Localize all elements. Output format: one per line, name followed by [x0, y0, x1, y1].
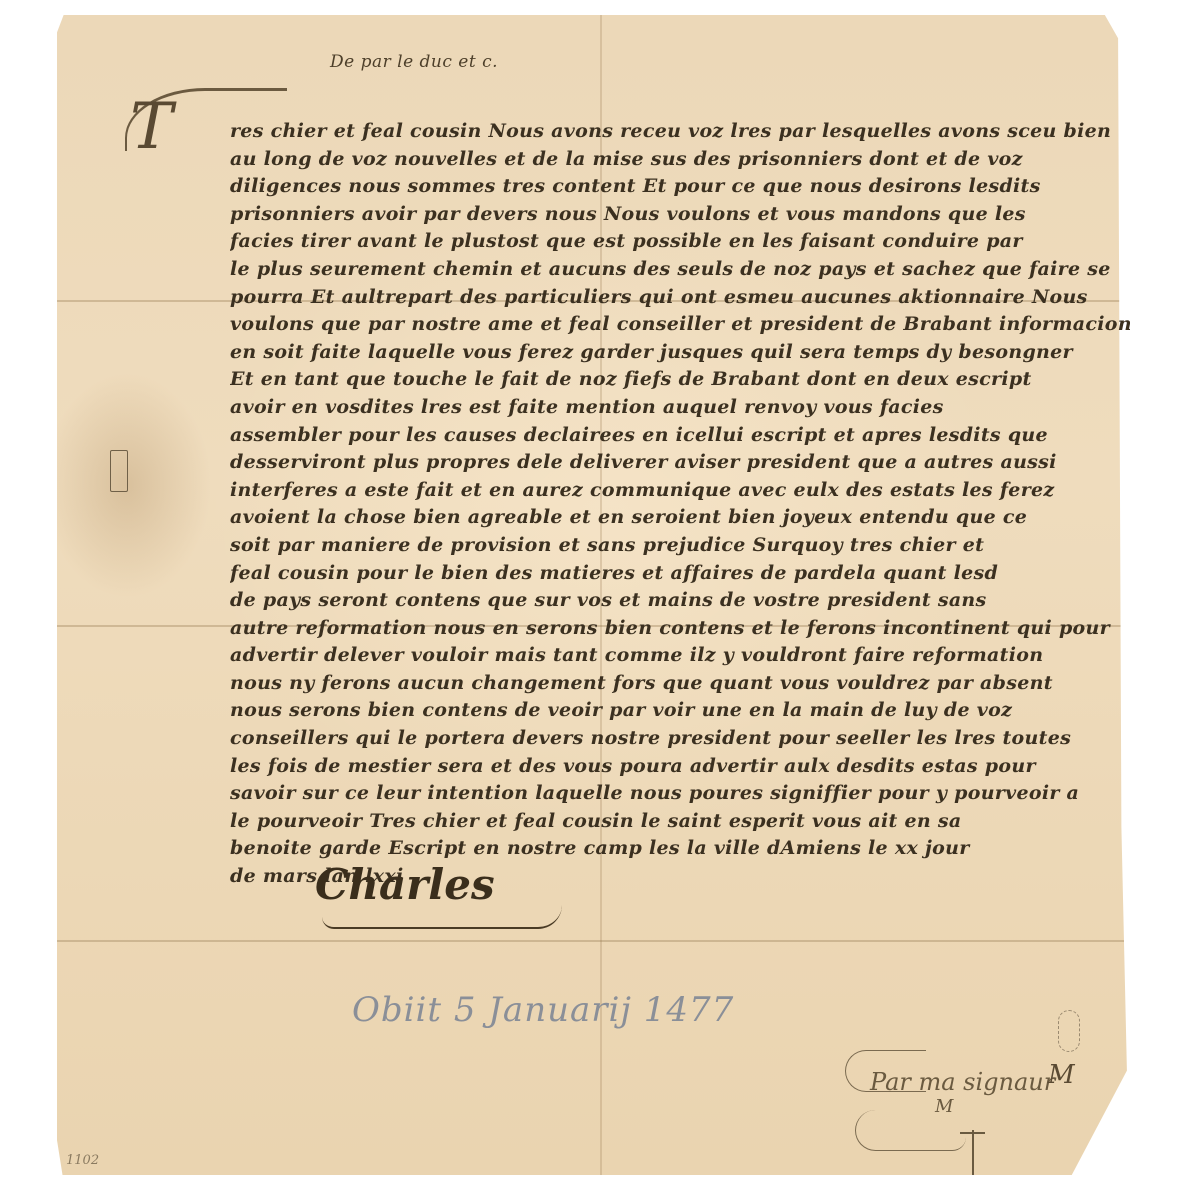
body-line: pourra Et aultrepart des particuliers qu… [230, 284, 1130, 312]
body-line: autre reformation nous en serons bien co… [230, 615, 1130, 643]
cross-mark [960, 1132, 985, 1134]
secretary-initials: M [935, 1096, 953, 1117]
body-line: benoite garde Escript en nostre camp les… [230, 835, 1130, 863]
body-line: diligences nous sommes tres content Et p… [230, 173, 1130, 201]
body-line: savoir sur ce leur intention laquelle no… [230, 780, 1130, 808]
body-line: nous ny ferons aucun changement fors que… [230, 670, 1130, 698]
body-line: assembler pour les causes declairees en … [230, 422, 1130, 450]
cross-mark [972, 1130, 974, 1175]
body-line: Et en tant que touche le fait de noz fie… [230, 366, 1130, 394]
body-line: soit par maniere de provision et sans pr… [230, 532, 1130, 560]
archive-number: 1102 [66, 1153, 99, 1168]
pencil-annotation: Obiit 5 Januarij 1477 [352, 990, 734, 1030]
secretary-subscription: Par ma signaur [870, 1068, 1055, 1096]
body-line: le pourveoir Tres chier et feal cousin l… [230, 808, 1130, 836]
body-line: desserviront plus propres dele deliverer… [230, 449, 1130, 477]
body-line: feal cousin pour le bien des matieres et… [230, 560, 1130, 588]
body-line: avoir en vosdites lres est faite mention… [230, 394, 1130, 422]
letter-heading: De par le duc et c. [330, 52, 498, 72]
body-line: les fois de mestier sera et des vous pou… [230, 753, 1130, 781]
margin-loop-mark [1058, 1010, 1080, 1052]
body-line: res chier et feal cousin Nous avons rece… [230, 118, 1130, 146]
body-line: avoient la chose bien agreable et en ser… [230, 504, 1130, 532]
initial-letter: T [130, 95, 173, 159]
margin-mark: M [1048, 1060, 1075, 1090]
body-line: facies tirer avant le plustost que est p… [230, 228, 1130, 256]
paper-tab-mark [110, 450, 128, 492]
body-line: nous serons bien contens de veoir par vo… [230, 697, 1130, 725]
body-line: prisonniers avoir par devers nous Nous v… [230, 201, 1130, 229]
body-line: au long de voz nouvelles et de la mise s… [230, 146, 1130, 174]
body-line: conseillers qui le portera devers nostre… [230, 725, 1130, 753]
signature-flourish [322, 905, 562, 929]
letter-body: res chier et feal cousin Nous avons rece… [230, 118, 1130, 891]
body-line: en soit faite laquelle vous ferez garder… [230, 339, 1130, 367]
body-line: de pays seront contens que sur vos et ma… [230, 587, 1130, 615]
signature: Charles [315, 860, 495, 909]
body-line: le plus seurement chemin et aucuns des s… [230, 256, 1130, 284]
body-line: interferes a este fait et en aurez commu… [230, 477, 1130, 505]
fold-line [57, 940, 1160, 942]
body-line: advertir delever vouloir mais tant comme… [230, 642, 1130, 670]
body-line: voulons que par nostre ame et feal conse… [230, 311, 1130, 339]
